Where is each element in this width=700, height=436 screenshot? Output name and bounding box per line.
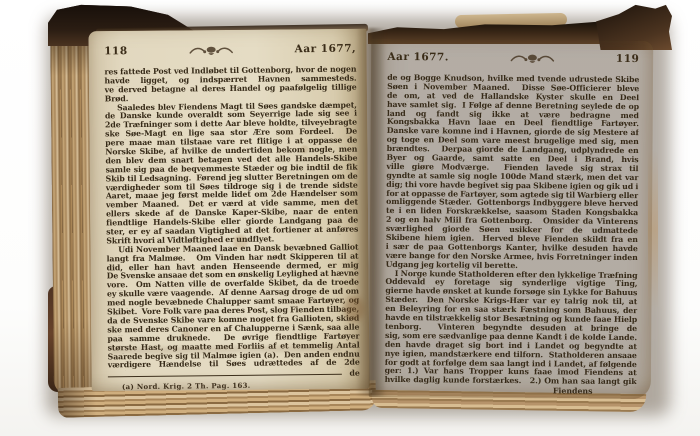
right-page: Aar 1677.	[369, 39, 653, 399]
right-page-number: 119	[616, 53, 640, 65]
right-running-head: Aar 1677.	[387, 51, 449, 64]
book-photo: 118 Aar 16	[0, 0, 700, 436]
footnote-rule	[108, 374, 342, 378]
footnote-separator: de	[108, 369, 360, 381]
gutter-stain	[344, 296, 364, 322]
right-page-header: Aar 1677.	[387, 49, 639, 67]
right-page-text: de og Bogge Knudson, hvilke med tvende u…	[385, 74, 640, 387]
right-catchword: Fiendens	[553, 387, 593, 396]
left-page: 118 Aar 16	[88, 29, 369, 391]
fleuron-ornament-icon	[188, 44, 234, 56]
left-catchword: de	[349, 369, 360, 378]
left-page-number: 118	[104, 45, 128, 57]
left-page-header: 118 Aar 16	[104, 41, 356, 60]
left-page-text: res fattede Post ved Indløbet til Gotten…	[104, 66, 359, 371]
left-running-head: Aar 1677,	[295, 43, 357, 56]
fleuron-ornament-icon	[509, 52, 555, 63]
